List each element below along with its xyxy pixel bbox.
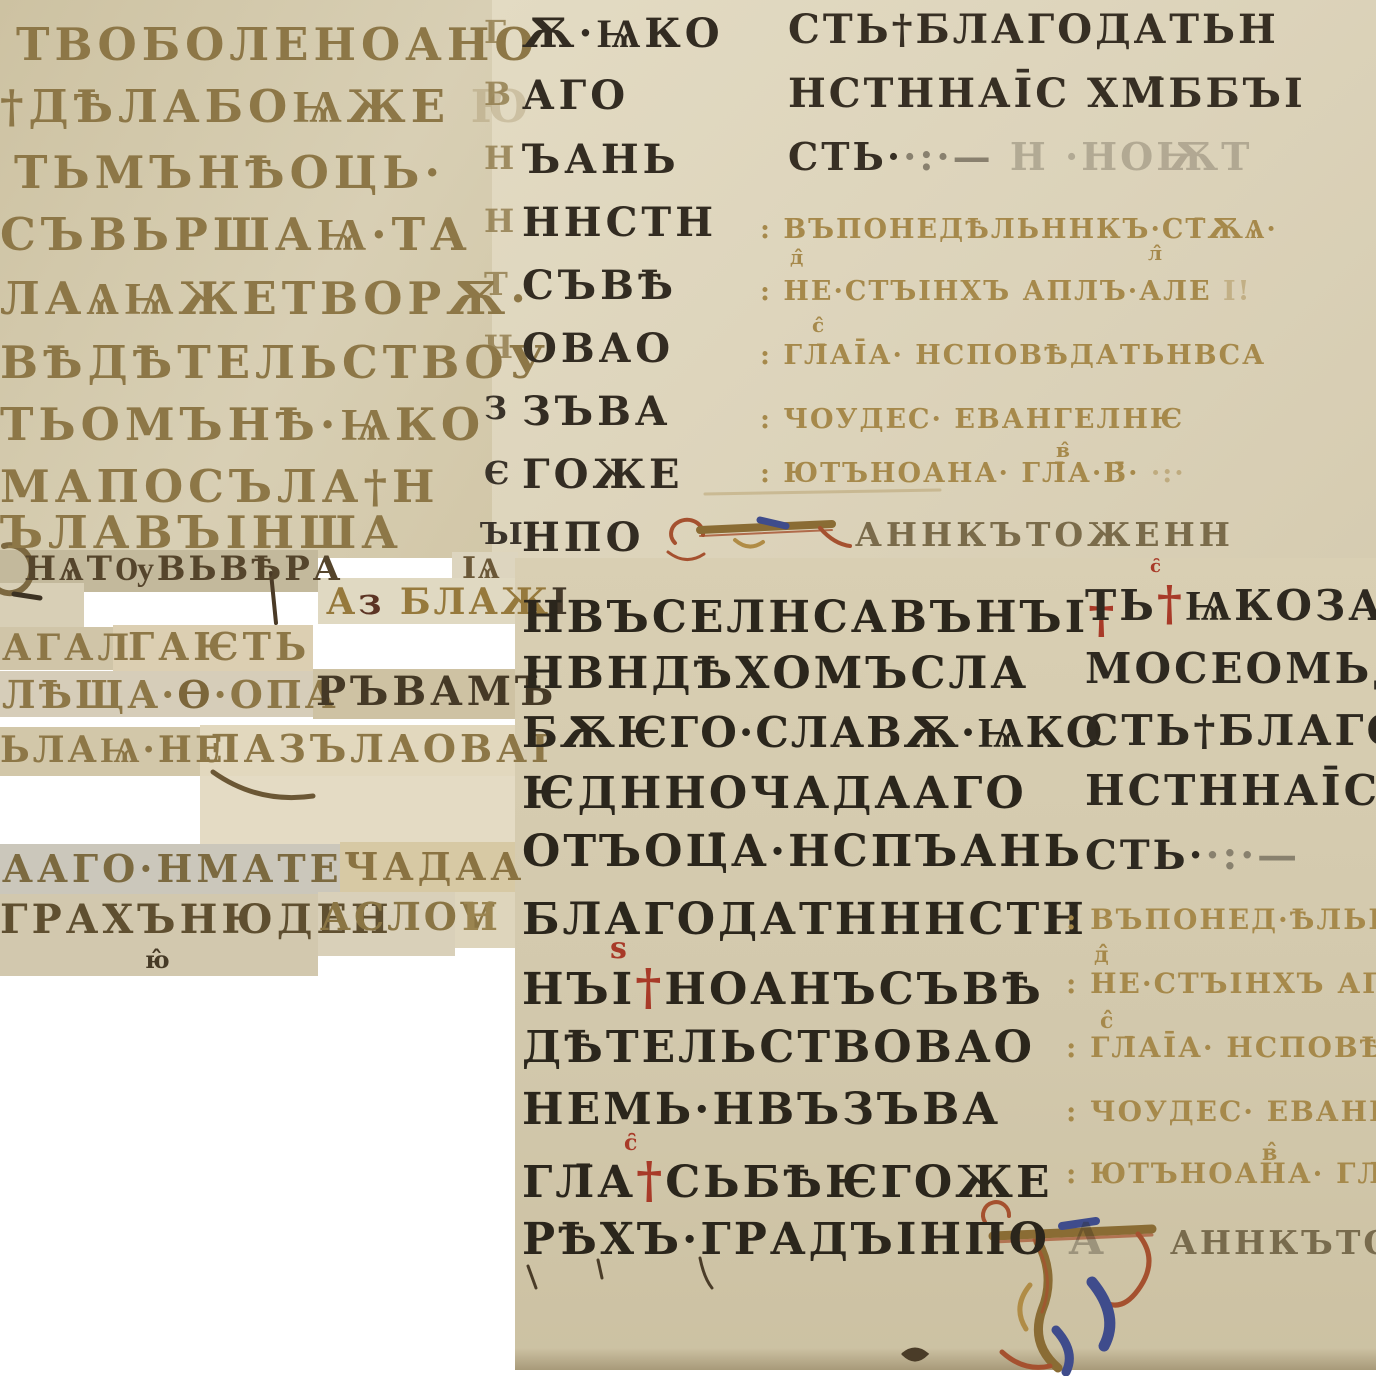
tr-rubric-1: : ВЪПОНЕДѢЛЬННКЪ·СТ̄ѪѦ· bbox=[760, 216, 1278, 243]
br-line-3: СТЬ†БЛАГОД bbox=[1085, 710, 1376, 752]
tl-line-6: ВѢДѢТЕЛЬСТВОУ bbox=[0, 340, 550, 385]
br-caption: АННКЪТО bbox=[1170, 1226, 1376, 1259]
mid-line-1: Ѫ·ѨКО bbox=[522, 14, 724, 54]
laz-tail-curve bbox=[213, 772, 313, 798]
bl-line-6: БЛАГОДАТНННСТН bbox=[522, 898, 1087, 942]
br-rubric-2: : НЕ·СТЪІНХЪ АП bbox=[1066, 970, 1376, 998]
initial-blue-leaf-diag bbox=[1092, 1282, 1110, 1346]
tr-rubric-2-seg: : НЕ·СТЪІНХЪ АПЛЪ·АЛЕ bbox=[760, 276, 1212, 307]
ornament-bar-tail bbox=[820, 528, 850, 546]
br-line-1-seg: ѨКОЗАІ bbox=[1185, 581, 1376, 630]
br-line-2: МОСЕОМЬДАН bbox=[1085, 648, 1376, 690]
tl-line-1: ТВОБОЛЕНОАНО bbox=[16, 22, 539, 67]
tr-rubric-5: : ЮТЪНОАНА· ГЛ̄А·В̄· ·:· bbox=[760, 460, 1186, 487]
yu-mark: ю̂ bbox=[145, 948, 170, 972]
flourish-tail-1 bbox=[528, 1266, 536, 1288]
bl-line-10-seg: † bbox=[636, 1150, 665, 1209]
tr-rubric-sup-s: с̂ bbox=[812, 315, 824, 335]
bl-line-7-seg: † bbox=[635, 957, 664, 1016]
tr-line-1: СТЬ†БЛАГОДАТЬН bbox=[788, 10, 1279, 50]
tl-line-8: МАПОСЪЛА†Н bbox=[0, 464, 440, 509]
bl-line-9: НЕМЬ·НВЪЗЪВА bbox=[522, 1088, 1001, 1132]
strip-lesha-text: ЛѢЩА·Ѳ·ОПА bbox=[2, 676, 339, 714]
mid-edge-glyphs-3: Н bbox=[484, 142, 514, 174]
br-line-4: НСТННАІ̄С Х bbox=[1085, 770, 1376, 812]
bl-sup-s-red: ѕ bbox=[610, 934, 627, 964]
tr-rubric-sup-d: д̂ bbox=[790, 247, 803, 267]
mid-edge-glyphs-8: Є bbox=[484, 457, 509, 489]
mid-edge-glyphs-9: ЪІ bbox=[480, 520, 523, 550]
tr-rubric-2-seg: І! bbox=[1212, 276, 1252, 307]
mid-line-6: ОВАО bbox=[522, 329, 674, 369]
mid-line-9: НПО bbox=[522, 518, 644, 558]
br-rubric-sup-d: д̂ bbox=[1094, 944, 1109, 966]
br-line-1-seg: ТЬ bbox=[1085, 581, 1157, 630]
mid-edge-glyphs-1: Г bbox=[484, 16, 506, 48]
tr-rubric-5-seg: : ЮТЪНОАНА· ГЛ̄А·В̄· bbox=[760, 458, 1140, 489]
mid-line-4: ННСТН bbox=[522, 203, 717, 243]
mid-edge-glyphs-6: Ч bbox=[484, 331, 513, 363]
tl-line-7: ТЬОМЪНѢ·ѨКО bbox=[0, 402, 485, 447]
tr-line-3: СТЬ··:·— Н ·НОѬТ bbox=[788, 138, 1252, 176]
tr-rubric-5-seg: ·:· bbox=[1140, 458, 1186, 489]
tl-line-4: СЪВЬРШАѨ·ТА bbox=[0, 212, 472, 257]
tr-caption: АННКЪТОЖЕНН bbox=[855, 518, 1234, 551]
bl-line-7-seg: НЪІ bbox=[522, 964, 635, 1015]
strip-vera-text: НѦТѸВЬВѢРА bbox=[24, 552, 343, 586]
strip-laz-text: ЛАЗЪЛАОВАІ bbox=[206, 730, 553, 768]
mid-line-2: АГО bbox=[522, 76, 629, 116]
fragment-ia-text: ІѦ bbox=[462, 554, 502, 584]
strip-blaya-text: ЬЛАѨ·НЕ bbox=[0, 732, 225, 768]
br-line-5-seg: СТЬ· bbox=[1085, 832, 1206, 879]
bl-line-4: ѤДННОЧАДААГО bbox=[522, 772, 1027, 816]
br-rubric-sup-v: в̂ bbox=[1262, 1142, 1277, 1164]
strip-agal-text: АГАЛ bbox=[2, 630, 133, 666]
bl-line-11: РѢХЪ·ГРАДЪІНПО А bbox=[522, 1218, 1107, 1262]
mid-line-5: СЪВѢ bbox=[522, 266, 677, 306]
mid-line-7: ЗЪВА bbox=[522, 392, 672, 432]
mid-edge-glyphs-2: В bbox=[484, 78, 511, 110]
strip-lesha-text-seg: Ѳ bbox=[177, 672, 213, 717]
br-rubric-3: : ГЛ̄АІ̄А· НСПОВѢДА bbox=[1066, 1034, 1376, 1062]
br-rubric-sup-s: с̂ bbox=[1100, 1010, 1113, 1032]
br-rubric-1: : ВЪПОНЕД·ѢЛЬННІ bbox=[1066, 906, 1376, 934]
strip-aago-text: ААГО·НМАТЕ bbox=[2, 850, 343, 888]
strip-az-text-seg: з bbox=[358, 581, 384, 623]
mid-line-8: ГОЖЕ bbox=[522, 455, 683, 495]
br-line-5-seg: ·:·— bbox=[1206, 832, 1301, 879]
strip-chadaa-text: ЧАДАА bbox=[344, 848, 525, 886]
tr-rubric-4: : ЧОУДЕС· ЕВАНГЕЛНѤ bbox=[760, 406, 1184, 433]
bl-line-1: НВЪСЕЛНСАВЪНЪІ† bbox=[522, 590, 1117, 640]
bl-line-10-seg: ГЛ̄А bbox=[522, 1157, 636, 1208]
tl-line-2-seg: †ДѢЛАБОѨЖЕ bbox=[0, 80, 450, 133]
strip-gaeth-text: ГАѤТЬ bbox=[128, 628, 310, 666]
bl-line-11-seg: РѢХЪ·ГРАДЪІНПО bbox=[522, 1214, 1050, 1265]
tr-rubric-sup-v: в̂ bbox=[1056, 440, 1070, 460]
bl-line-7-seg: НОАНЪСЪВѢ bbox=[664, 964, 1043, 1015]
dark-leaf-mark bbox=[903, 1349, 927, 1360]
ornament-rubric-remnant bbox=[705, 490, 940, 494]
bl-line-1-seg: НВЪСЕЛНСАВЪНЪІ bbox=[522, 592, 1088, 643]
strip-az-text-seg: А bbox=[326, 581, 358, 623]
initial-hanging-curl bbox=[1104, 1234, 1149, 1305]
ornament-bar-gold-curl bbox=[735, 540, 763, 547]
tl-line-2: †ДѢЛАБОѨЖЕ Ю bbox=[0, 84, 534, 129]
strip-n-text: Н bbox=[462, 898, 498, 936]
bl-line-8: ДѢТЕЛЬСТВОВАО bbox=[522, 1026, 1035, 1070]
tr-line-3-seg: Н ·НОѬТ bbox=[1010, 134, 1253, 179]
mid-line-3: ЪАНЬ bbox=[522, 140, 680, 180]
round-mark-dash bbox=[14, 594, 40, 598]
bl-line-7: НЪІ†НОАНЪСЪВѢ bbox=[522, 962, 1044, 1012]
tr-rubric-3: : ГЛ̄АІ̄А· НСПОВѢДАТЬНВСА bbox=[760, 342, 1266, 369]
bl-line-2: НВНДѢХОМЪСЛА bbox=[522, 652, 1029, 696]
br-line-1-sup: с̑ bbox=[1150, 558, 1161, 576]
mid-edge-glyphs-4: Н bbox=[484, 205, 514, 237]
mid-edge-glyphs-5: Т bbox=[484, 268, 508, 300]
ornament-bar-curl2 bbox=[668, 552, 704, 560]
tl-line-5: ЛАѦѨЖЕТВОРѪ· bbox=[0, 276, 531, 321]
bl-line-10-seg: СЬБѢѤГОЖЕ bbox=[665, 1157, 1052, 1208]
mid-edge-glyphs-7: З bbox=[484, 392, 507, 424]
br-rubric-4: : ЧОУДЕС· ЕВАНГ bbox=[1066, 1098, 1376, 1126]
tr-rubric-sup-l: л̂ bbox=[1148, 243, 1162, 263]
bl-line-11-seg: А bbox=[1050, 1214, 1107, 1265]
br-line-1: ТЬ†ѨКОЗАІ bbox=[1085, 580, 1376, 628]
strip-lesha-text-seg: ЛѢЩА· bbox=[2, 672, 177, 717]
tr-line-3-seg: ·:·— bbox=[903, 134, 1010, 179]
tr-line-2: НСТННАІ̄С ХМ̄ББЪІ bbox=[788, 74, 1306, 114]
bl-line-5: ОТЪОЦ̄А·НСПЪАНЬ bbox=[522, 830, 1083, 874]
bl-line-10: ГЛ̄А†СЬБѢѤГОЖЕ bbox=[522, 1155, 1053, 1205]
br-line-5: СТЬ··:·— bbox=[1085, 836, 1300, 876]
bl-line-3: БѪѤГО·СЛАВѪ·ѨКО bbox=[522, 712, 1104, 754]
bl-sup-squiggle-red: с̑ bbox=[624, 1132, 637, 1154]
initial-gold-curl bbox=[1020, 1285, 1030, 1329]
manuscript-collage: ТВОБОЛЕНОАНО†ДѢЛАБОѨЖЕ ЮТЬМЪНѢОЦЬ·СЪВЬРШ… bbox=[0, 0, 1376, 1376]
br-rubric-5: : ЮТЪНОАНА· ГЛ̄А· bbox=[1066, 1160, 1376, 1188]
br-line-1-seg: † bbox=[1157, 576, 1185, 632]
tl-line-3: ТЬМЪНѢОЦЬ· bbox=[14, 150, 445, 195]
tr-line-3-seg: СТЬ· bbox=[788, 134, 903, 179]
tr-rubric-2: : НЕ·СТЪІНХЪ АПЛЪ·АЛЕ І! bbox=[760, 278, 1252, 305]
